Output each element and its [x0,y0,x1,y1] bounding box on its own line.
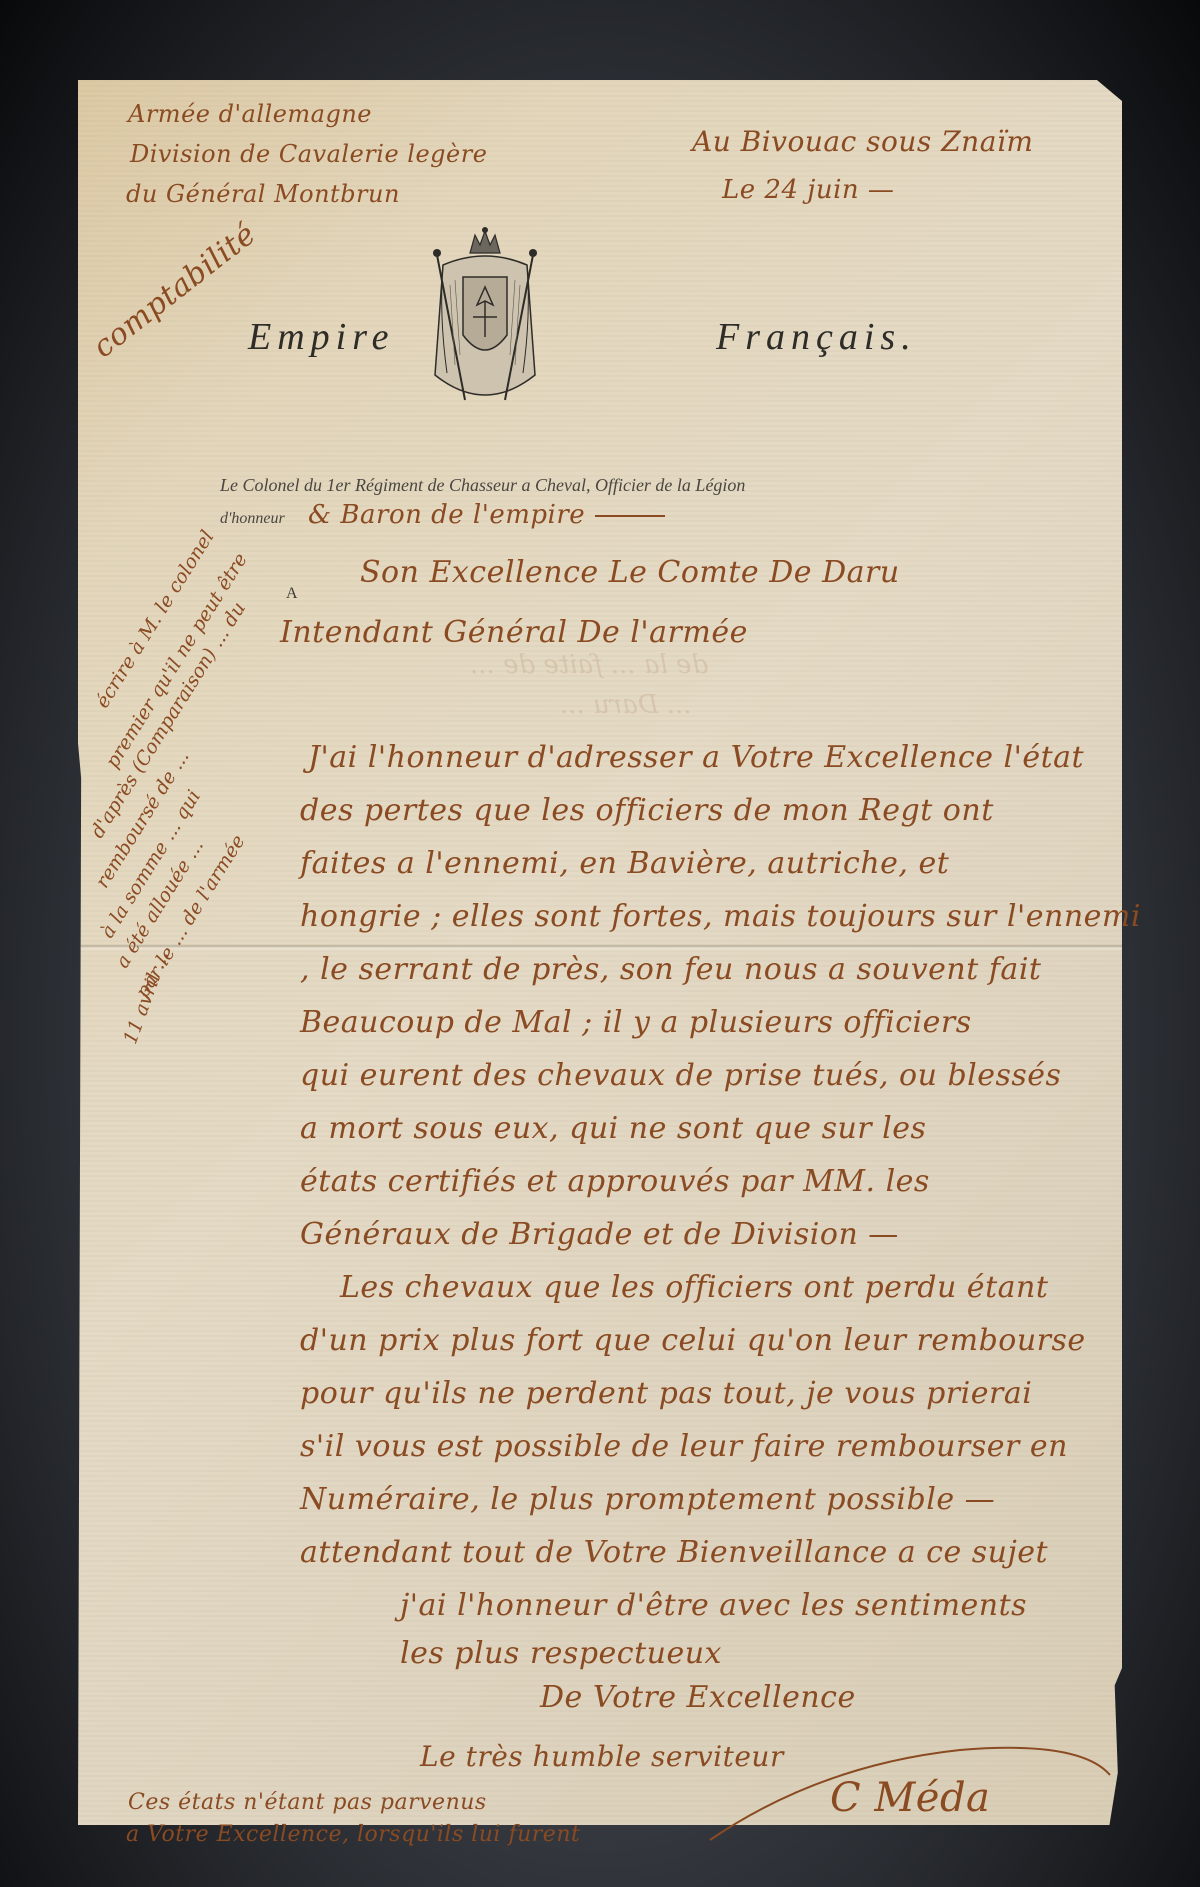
postscript-line1: Ces états n'étant pas parvenus [128,1790,487,1815]
addressee-line2: Intendant Général De l'armée [280,615,748,650]
body-line: a mort sous eux, qui ne sont que sur les [300,1111,926,1146]
letterhead-empire: Empire [248,315,394,359]
date-line: Le 24 juin — [722,175,894,205]
letterhead-a: A [286,585,298,603]
addressee-line1: Son Excellence Le Comte De Daru [360,555,900,590]
letterhead-francais: Français. [716,315,917,359]
body-line: Généraux de Brigade et de Division — [300,1217,899,1252]
body-line: J'ai l'honneur d'adresser a Votre Excell… [308,740,1084,775]
body-line: faites a l'ennemi, en Bavière, autriche,… [300,846,949,881]
body-line: des pertes que les officiers de mon Regt… [300,793,994,828]
signature-flourish-icon [700,1745,1120,1845]
postscript-line2: a Votre Excellence, lorsqu'ils lui furen… [126,1822,580,1847]
baron-title: & Baron de l'empire [308,500,665,530]
flourish-dash [595,515,665,517]
body-line: états certifiés et approuvés par MM. les [300,1164,930,1199]
body-line: d'un prix plus fort que celui qu'on leur… [300,1323,1086,1358]
heading-line-general: du Général Montbrun [126,180,400,208]
body-line: j'ai l'honneur d'être avec les sentiment… [400,1588,1027,1623]
heading-line-division: Division de Cavalerie legère [130,140,487,168]
closing-line1: De Votre Excellence [540,1680,856,1715]
baron-title-text: & Baron de l'empire [308,500,585,530]
ink-bleed-through: ... Daru ... [560,690,692,720]
imperial-crest-icon [425,225,545,415]
body-line: s'il vous est possible de leur faire rem… [300,1429,1068,1464]
body-line: Les chevaux que les officiers ont perdu … [340,1270,1048,1305]
body-line: attendant tout de Votre Bienveillance a … [300,1535,1048,1570]
body-line: Numéraire, le plus promptement possible … [300,1482,995,1517]
body-line: hongrie ; elles sont fortes, mais toujou… [300,899,1141,934]
heading-line-army: Armée d'allemagne [128,100,372,128]
body-line: Beaucoup de Mal ; il y a plusieurs offic… [300,1005,972,1040]
letterhead-honneur: d'honneur [220,510,285,528]
body-line: , le serrant de près, son feu nous a sou… [300,952,1041,987]
letterhead-printed-line: Le Colonel du 1er Régiment de Chasseur a… [220,475,745,496]
body-line: les plus respectueux [400,1636,722,1671]
ink-bleed-through: de la ... faite de ... [470,650,708,680]
body-line: pour qu'ils ne perdent pas tout, je vous… [300,1376,1032,1411]
body-line: qui eurent des chevaux de prise tués, ou… [300,1058,1061,1093]
place-line: Au Bivouac sous Znaïm [692,125,1033,158]
